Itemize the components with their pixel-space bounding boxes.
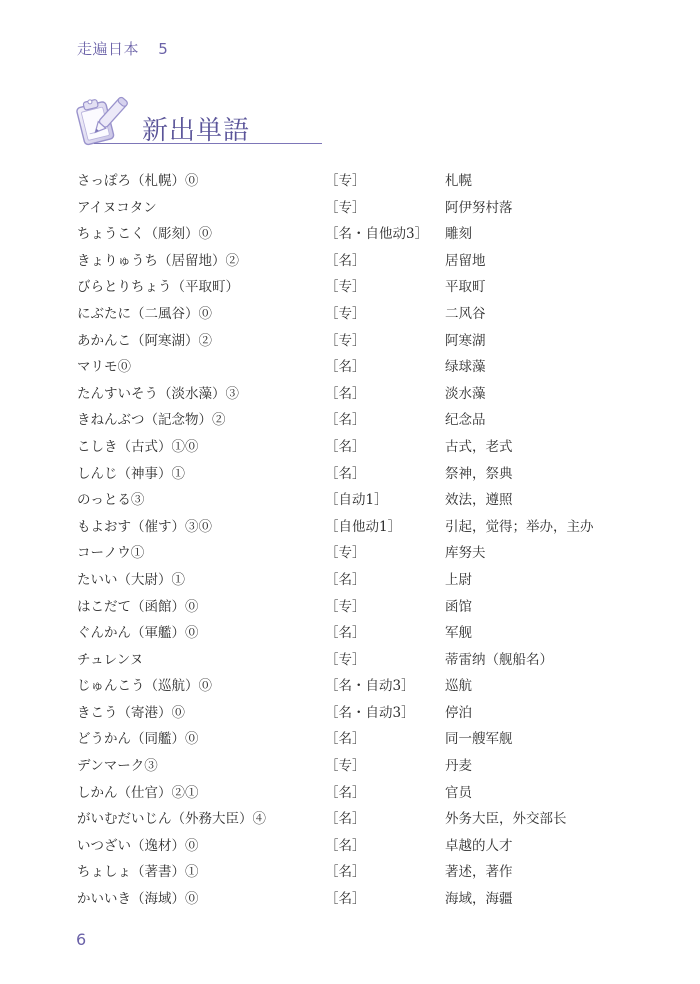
vocab-word: もよおす（催す）③⓪ (77, 514, 212, 541)
part-of-speech: ［名］ (325, 407, 366, 434)
vocab-word: ぐんかん（軍艦）⓪ (77, 620, 199, 647)
part-of-speech: ［名］ (325, 461, 366, 488)
list-item: ちょうこく（彫刻）⓪［名・自他动3］雕刻 (77, 221, 637, 248)
part-of-speech: ［名］ (325, 620, 366, 647)
meaning: 停泊 (445, 700, 472, 727)
vocab-word: どうかん（同艦）⓪ (77, 726, 199, 753)
vocab-word: たいい（大尉）① (77, 567, 185, 594)
vocab-word: きねんぶつ（記念物）② (77, 407, 226, 434)
meaning: 官员 (445, 780, 472, 807)
meaning: 库努夫 (445, 540, 486, 567)
list-item: アイヌコタン［专］阿伊努村落 (77, 195, 637, 222)
list-item: もよおす（催す）③⓪［自他动1］引起，觉得；举办，主办 (77, 514, 637, 541)
part-of-speech: ［专］ (325, 594, 366, 621)
meaning: 海域，海疆 (445, 886, 513, 913)
list-item: チュレンヌ［专］蒂雷纳（舰船名） (77, 647, 637, 674)
vocab-word: がいむだいじん（外務大臣）④ (77, 806, 266, 833)
vocabulary-list: さっぽろ（札幌）⓪［专］札幌 アイヌコタン［专］阿伊努村落 ちょうこく（彫刻）⓪… (77, 168, 637, 913)
list-item: じゅんこう（巡航）⓪［名・自动3］巡航 (77, 673, 637, 700)
meaning: 丹麦 (445, 753, 472, 780)
part-of-speech: ［名・自动3］ (325, 673, 415, 700)
list-item: にぶたに（二風谷）⓪［专］二风谷 (77, 301, 637, 328)
part-of-speech: ［自动1］ (325, 487, 388, 514)
meaning: 纪念品 (445, 407, 486, 434)
list-item: どうかん（同艦）⓪［名］同一艘军舰 (77, 726, 637, 753)
vocab-word: のっとる③ (77, 487, 144, 514)
part-of-speech: ［名］ (325, 806, 366, 833)
meaning: 军舰 (445, 620, 472, 647)
list-item: はこだて（函館）⓪［专］函馆 (77, 594, 637, 621)
clipboard-pencil-icon (74, 92, 128, 146)
vocab-word: きこう（寄港）⓪ (77, 700, 185, 727)
list-item: かいいき（海域）⓪［名］海域，海疆 (77, 886, 637, 913)
volume-number: 5 (158, 40, 168, 58)
vocab-word: きょりゅうち（居留地）② (77, 248, 239, 275)
list-item: きこう（寄港）⓪［名・自动3］停泊 (77, 700, 637, 727)
meaning: 效法，遵照 (445, 487, 513, 514)
meaning: 外务大臣，外交部长 (445, 806, 567, 833)
vocab-word: しかん（仕官）②① (77, 780, 199, 807)
meaning: 祭神，祭典 (445, 461, 513, 488)
meaning: 上尉 (445, 567, 472, 594)
part-of-speech: ［专］ (325, 168, 366, 195)
list-item: さっぽろ（札幌）⓪［专］札幌 (77, 168, 637, 195)
vocab-word: ちょしょ（著書）① (77, 859, 199, 886)
vocab-word: こしき（古式）①⓪ (77, 434, 199, 461)
part-of-speech: ［名］ (325, 726, 366, 753)
part-of-speech: ［名］ (325, 248, 366, 275)
part-of-speech: ［名］ (325, 434, 366, 461)
part-of-speech: ［专］ (325, 301, 366, 328)
part-of-speech: ［名］ (325, 567, 366, 594)
meaning: 淡水藻 (445, 381, 486, 408)
section-heading: 新出単語 (74, 88, 254, 148)
part-of-speech: ［名］ (325, 354, 366, 381)
meaning: 札幌 (445, 168, 472, 195)
meaning: 古式，老式 (445, 434, 513, 461)
meaning: 阿伊努村落 (445, 195, 513, 222)
section-title: 新出単語 (142, 110, 250, 147)
vocab-word: マリモ⓪ (77, 354, 131, 381)
part-of-speech: ［专］ (325, 753, 366, 780)
list-item: コーノウ①［专］库努夫 (77, 540, 637, 567)
part-of-speech: ［专］ (325, 328, 366, 355)
vocab-word: デンマーク③ (77, 753, 158, 780)
meaning: 二风谷 (445, 301, 486, 328)
running-header: 走遍日本 5 (77, 38, 168, 59)
book-title: 走遍日本 (77, 40, 139, 58)
part-of-speech: ［专］ (325, 540, 366, 567)
list-item: たいい（大尉）①［名］上尉 (77, 567, 637, 594)
list-item: がいむだいじん（外務大臣）④［名］外务大臣，外交部长 (77, 806, 637, 833)
page-number: 6 (76, 930, 86, 949)
list-item: びらとりちょう（平取町）［专］平取町 (77, 274, 637, 301)
part-of-speech: ［名］ (325, 886, 366, 913)
list-item: ぐんかん（軍艦）⓪［名］军舰 (77, 620, 637, 647)
list-item: いつざい（逸材）⓪［名］卓越的人才 (77, 833, 637, 860)
part-of-speech: ［专］ (325, 647, 366, 674)
vocab-word: たんすいそう（淡水藻）③ (77, 381, 239, 408)
list-item: きねんぶつ（記念物）②［名］纪念品 (77, 407, 637, 434)
meaning: 绿球藻 (445, 354, 486, 381)
list-item: デンマーク③［专］丹麦 (77, 753, 637, 780)
heading-underline (94, 143, 322, 144)
part-of-speech: ［专］ (325, 274, 366, 301)
vocab-word: さっぽろ（札幌）⓪ (77, 168, 199, 195)
vocab-word: いつざい（逸材）⓪ (77, 833, 199, 860)
meaning: 著述，著作 (445, 859, 513, 886)
part-of-speech: ［名］ (325, 780, 366, 807)
meaning: 平取町 (445, 274, 486, 301)
vocab-word: コーノウ① (77, 540, 144, 567)
vocab-word: しんじ（神事）① (77, 461, 185, 488)
part-of-speech: ［名］ (325, 833, 366, 860)
meaning: 雕刻 (445, 221, 472, 248)
vocab-word: かいいき（海域）⓪ (77, 886, 199, 913)
meaning: 蒂雷纳（舰船名） (445, 647, 553, 674)
vocab-word: ちょうこく（彫刻）⓪ (77, 221, 212, 248)
vocab-word: はこだて（函館）⓪ (77, 594, 199, 621)
meaning: 卓越的人才 (445, 833, 513, 860)
list-item: マリモ⓪［名］绿球藻 (77, 354, 637, 381)
meaning: 同一艘军舰 (445, 726, 513, 753)
meaning: 函馆 (445, 594, 472, 621)
vocab-word: びらとりちょう（平取町） (77, 274, 239, 301)
part-of-speech: ［名・自他动3］ (325, 221, 428, 248)
list-item: こしき（古式）①⓪［名］古式，老式 (77, 434, 637, 461)
vocab-word: じゅんこう（巡航）⓪ (77, 673, 212, 700)
meaning: 巡航 (445, 673, 472, 700)
vocab-word: アイヌコタン (77, 195, 157, 222)
vocab-word: にぶたに（二風谷）⓪ (77, 301, 212, 328)
vocab-word: チュレンヌ (77, 647, 143, 674)
list-item: ちょしょ（著書）①［名］著述，著作 (77, 859, 637, 886)
list-item: たんすいそう（淡水藻）③［名］淡水藻 (77, 381, 637, 408)
vocab-word: あかんこ（阿寒湖）② (77, 328, 212, 355)
list-item: しんじ（神事）①［名］祭神，祭典 (77, 461, 637, 488)
meaning: 居留地 (445, 248, 486, 275)
part-of-speech: ［专］ (325, 195, 366, 222)
list-item: あかんこ（阿寒湖）②［专］阿寒湖 (77, 328, 637, 355)
part-of-speech: ［名］ (325, 859, 366, 886)
part-of-speech: ［名・自动3］ (325, 700, 415, 727)
list-item: きょりゅうち（居留地）②［名］居留地 (77, 248, 637, 275)
meaning: 阿寒湖 (445, 328, 486, 355)
part-of-speech: ［名］ (325, 381, 366, 408)
list-item: しかん（仕官）②①［名］官员 (77, 780, 637, 807)
list-item: のっとる③［自动1］效法，遵照 (77, 487, 637, 514)
part-of-speech: ［自他动1］ (325, 514, 401, 541)
meaning: 引起，觉得；举办，主办 (445, 514, 594, 541)
